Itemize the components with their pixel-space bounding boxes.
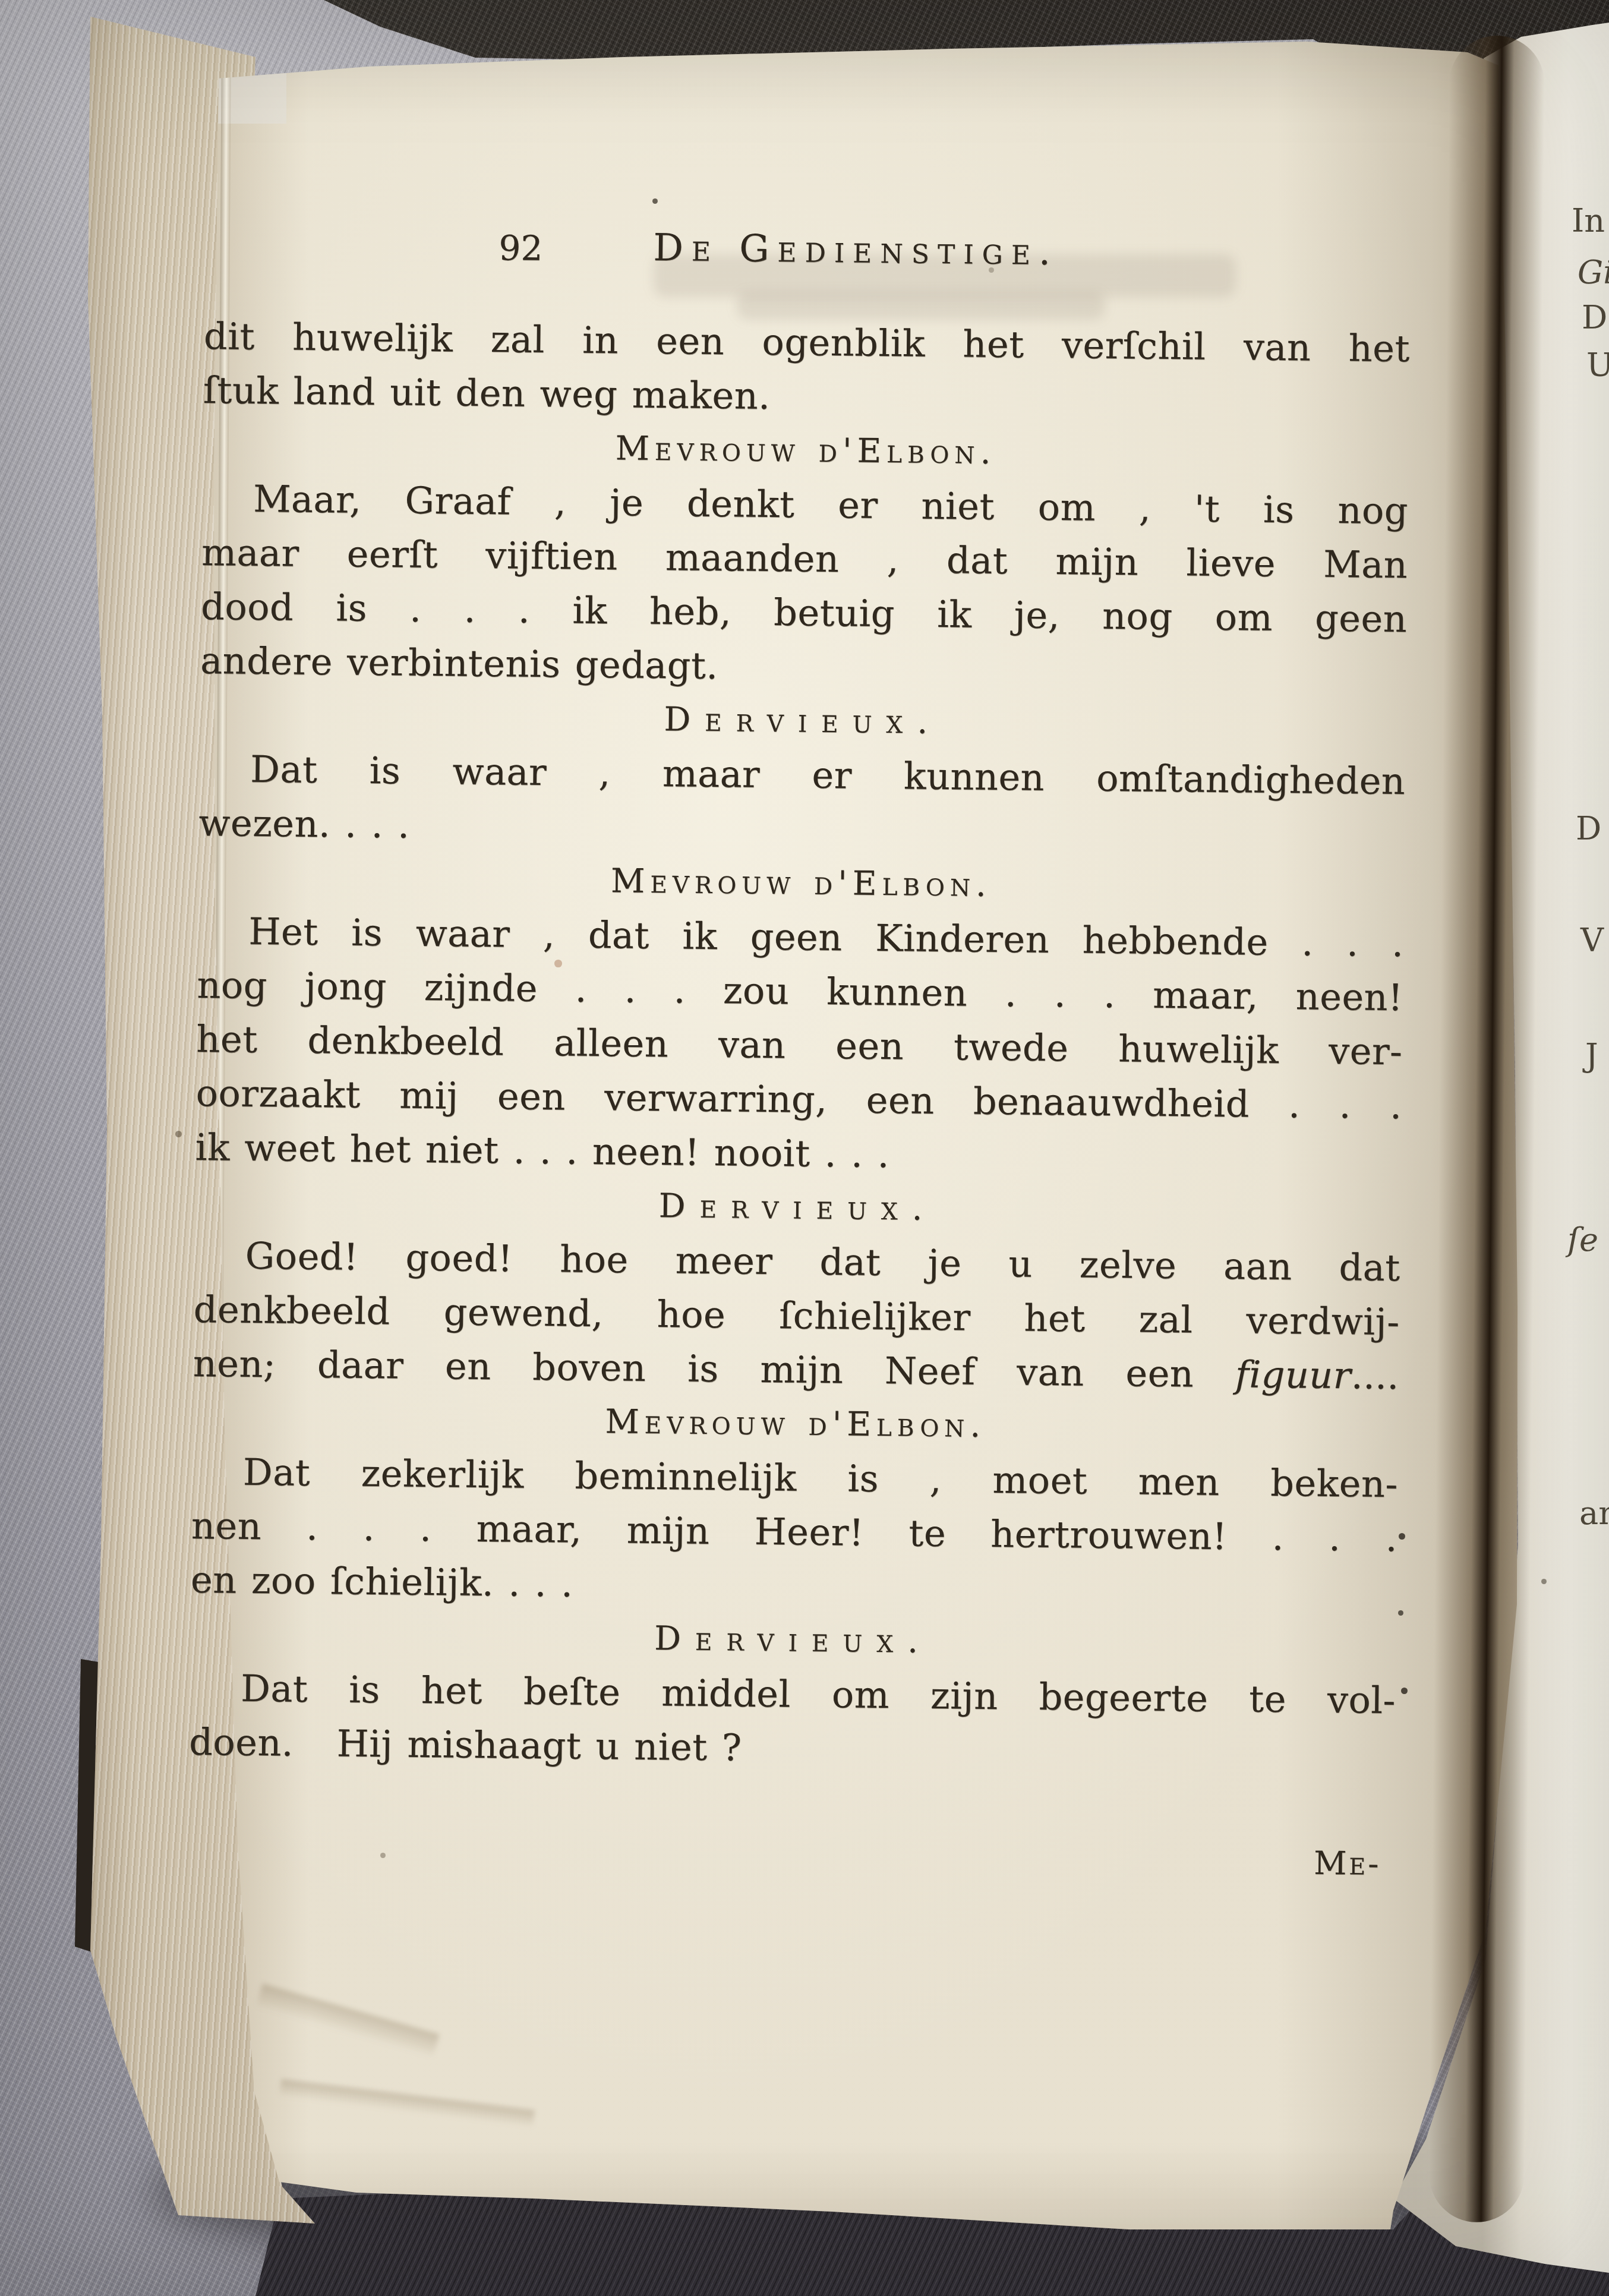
photo-vignette	[0, 0, 1609, 2296]
photo-of-open-book: InGiDUDVJſean 92 De Gedienstige. dit huw…	[0, 0, 1609, 2296]
